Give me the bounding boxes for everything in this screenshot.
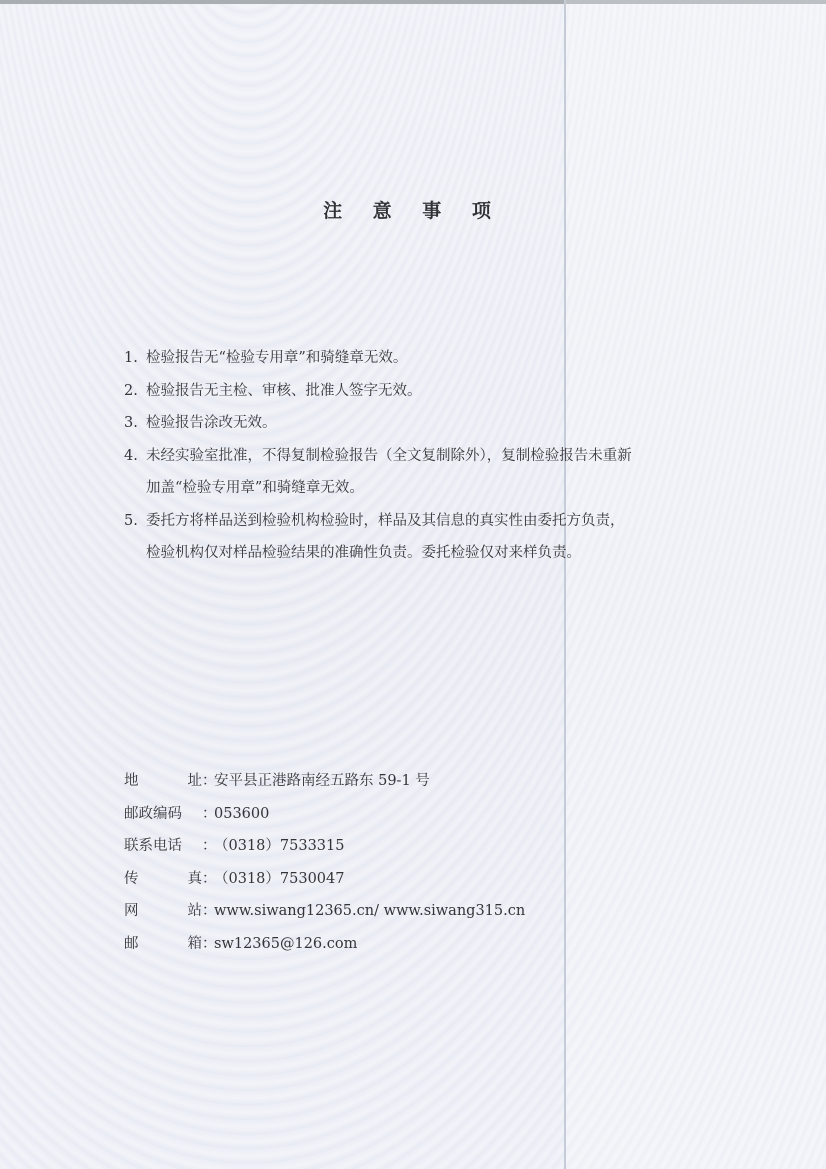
contact-value: sw12365@126.com: [214, 928, 357, 961]
contact-label: 传 真: [124, 863, 202, 896]
contact-label: 邮 箱: [124, 928, 202, 961]
contact-value: 安平县正港路南经五路东 59-1 号: [214, 765, 430, 798]
note-text: 检验报告无主检、审核、批准人签字无效。: [146, 375, 714, 408]
label-char: 传: [124, 863, 139, 896]
colon: ：: [202, 798, 214, 831]
contact-value: （0318）7533315: [214, 830, 344, 863]
colon: ：: [202, 895, 214, 928]
contact-fax: 传 真 ： （0318）7530047: [124, 863, 525, 896]
contact-email: 邮 箱 ： sw12365@126.com: [124, 928, 525, 961]
colon: ：: [202, 830, 214, 863]
fold-line: [564, 0, 566, 1169]
note-number: 2.: [124, 375, 146, 408]
contact-label: 联系电话: [124, 830, 202, 863]
label-char: 址: [188, 765, 203, 798]
contact-website: 网 站 ： www.siwang12365.cn/ www.siwang315.…: [124, 895, 525, 928]
label-char: 网: [124, 895, 139, 928]
note-number: 4.: [124, 440, 146, 505]
note-item-1: 1. 检验报告无“检验专用章”和骑缝章无效。: [124, 342, 714, 375]
note-number: 1.: [124, 342, 146, 375]
colon: ：: [202, 765, 214, 798]
note-line: 检验报告无主检、审核、批准人签字无效。: [146, 375, 714, 408]
note-line: 检验报告涂改无效。: [146, 407, 714, 440]
label-char: 邮: [124, 928, 139, 961]
label-char: 箱: [188, 928, 203, 961]
note-number: 3.: [124, 407, 146, 440]
note-text: 检验报告无“检验专用章”和骑缝章无效。: [146, 342, 714, 375]
note-item-3: 3. 检验报告涂改无效。: [124, 407, 714, 440]
colon: ：: [202, 863, 214, 896]
note-text: 检验报告涂改无效。: [146, 407, 714, 440]
contact-value: （0318）7530047: [214, 863, 344, 896]
contact-value: www.siwang12365.cn/ www.siwang315.cn: [214, 895, 525, 928]
label-text: 邮政编码: [124, 798, 182, 831]
notes-list: 1. 检验报告无“检验专用章”和骑缝章无效。 2. 检验报告无主检、审核、批准人…: [124, 342, 714, 570]
colon: ：: [202, 928, 214, 961]
note-item-2: 2. 检验报告无主检、审核、批准人签字无效。: [124, 375, 714, 408]
note-number: 5.: [124, 505, 146, 570]
note-line: 加盖“检验专用章”和骑缝章无效。: [146, 472, 714, 505]
note-line: 委托方将样品送到检验机构检验时，样品及其信息的真实性由委托方负责，: [146, 505, 714, 538]
label-char: 真: [188, 863, 203, 896]
note-line: 检验报告无“检验专用章”和骑缝章无效。: [146, 342, 714, 375]
contact-label: 地 址: [124, 765, 202, 798]
contact-value: 053600: [214, 798, 269, 831]
contact-phone: 联系电话 ： （0318）7533315: [124, 830, 525, 863]
label-text: 联系电话: [124, 830, 182, 863]
note-text: 委托方将样品送到检验机构检验时，样品及其信息的真实性由委托方负责， 检验机构仅对…: [146, 505, 714, 570]
contact-label: 网 站: [124, 895, 202, 928]
label-char: 地: [124, 765, 139, 798]
document-page: 注 意 事 项 1. 检验报告无“检验专用章”和骑缝章无效。 2. 检验报告无主…: [0, 0, 826, 1169]
note-line: 未经实验室批准，不得复制检验报告（全文复制除外），复制检验报告未重新: [146, 440, 714, 473]
note-text: 未经实验室批准，不得复制检验报告（全文复制除外），复制检验报告未重新 加盖“检验…: [146, 440, 714, 505]
fold-shade: [566, 0, 826, 1169]
note-item-5: 5. 委托方将样品送到检验机构检验时，样品及其信息的真实性由委托方负责， 检验机…: [124, 505, 714, 570]
contact-postcode: 邮政编码 ： 053600: [124, 798, 525, 831]
contact-address: 地 址 ： 安平县正港路南经五路东 59-1 号: [124, 765, 525, 798]
contact-label: 邮政编码: [124, 798, 202, 831]
note-line: 检验机构仅对样品检验结果的准确性负责。委托检验仅对来样负责。: [146, 537, 714, 570]
page-title: 注 意 事 项: [0, 196, 826, 223]
label-char: 站: [188, 895, 203, 928]
note-item-4: 4. 未经实验室批准，不得复制检验报告（全文复制除外），复制检验报告未重新 加盖…: [124, 440, 714, 505]
contact-info: 地 址 ： 安平县正港路南经五路东 59-1 号 邮政编码 ： 053600 联…: [124, 765, 525, 960]
